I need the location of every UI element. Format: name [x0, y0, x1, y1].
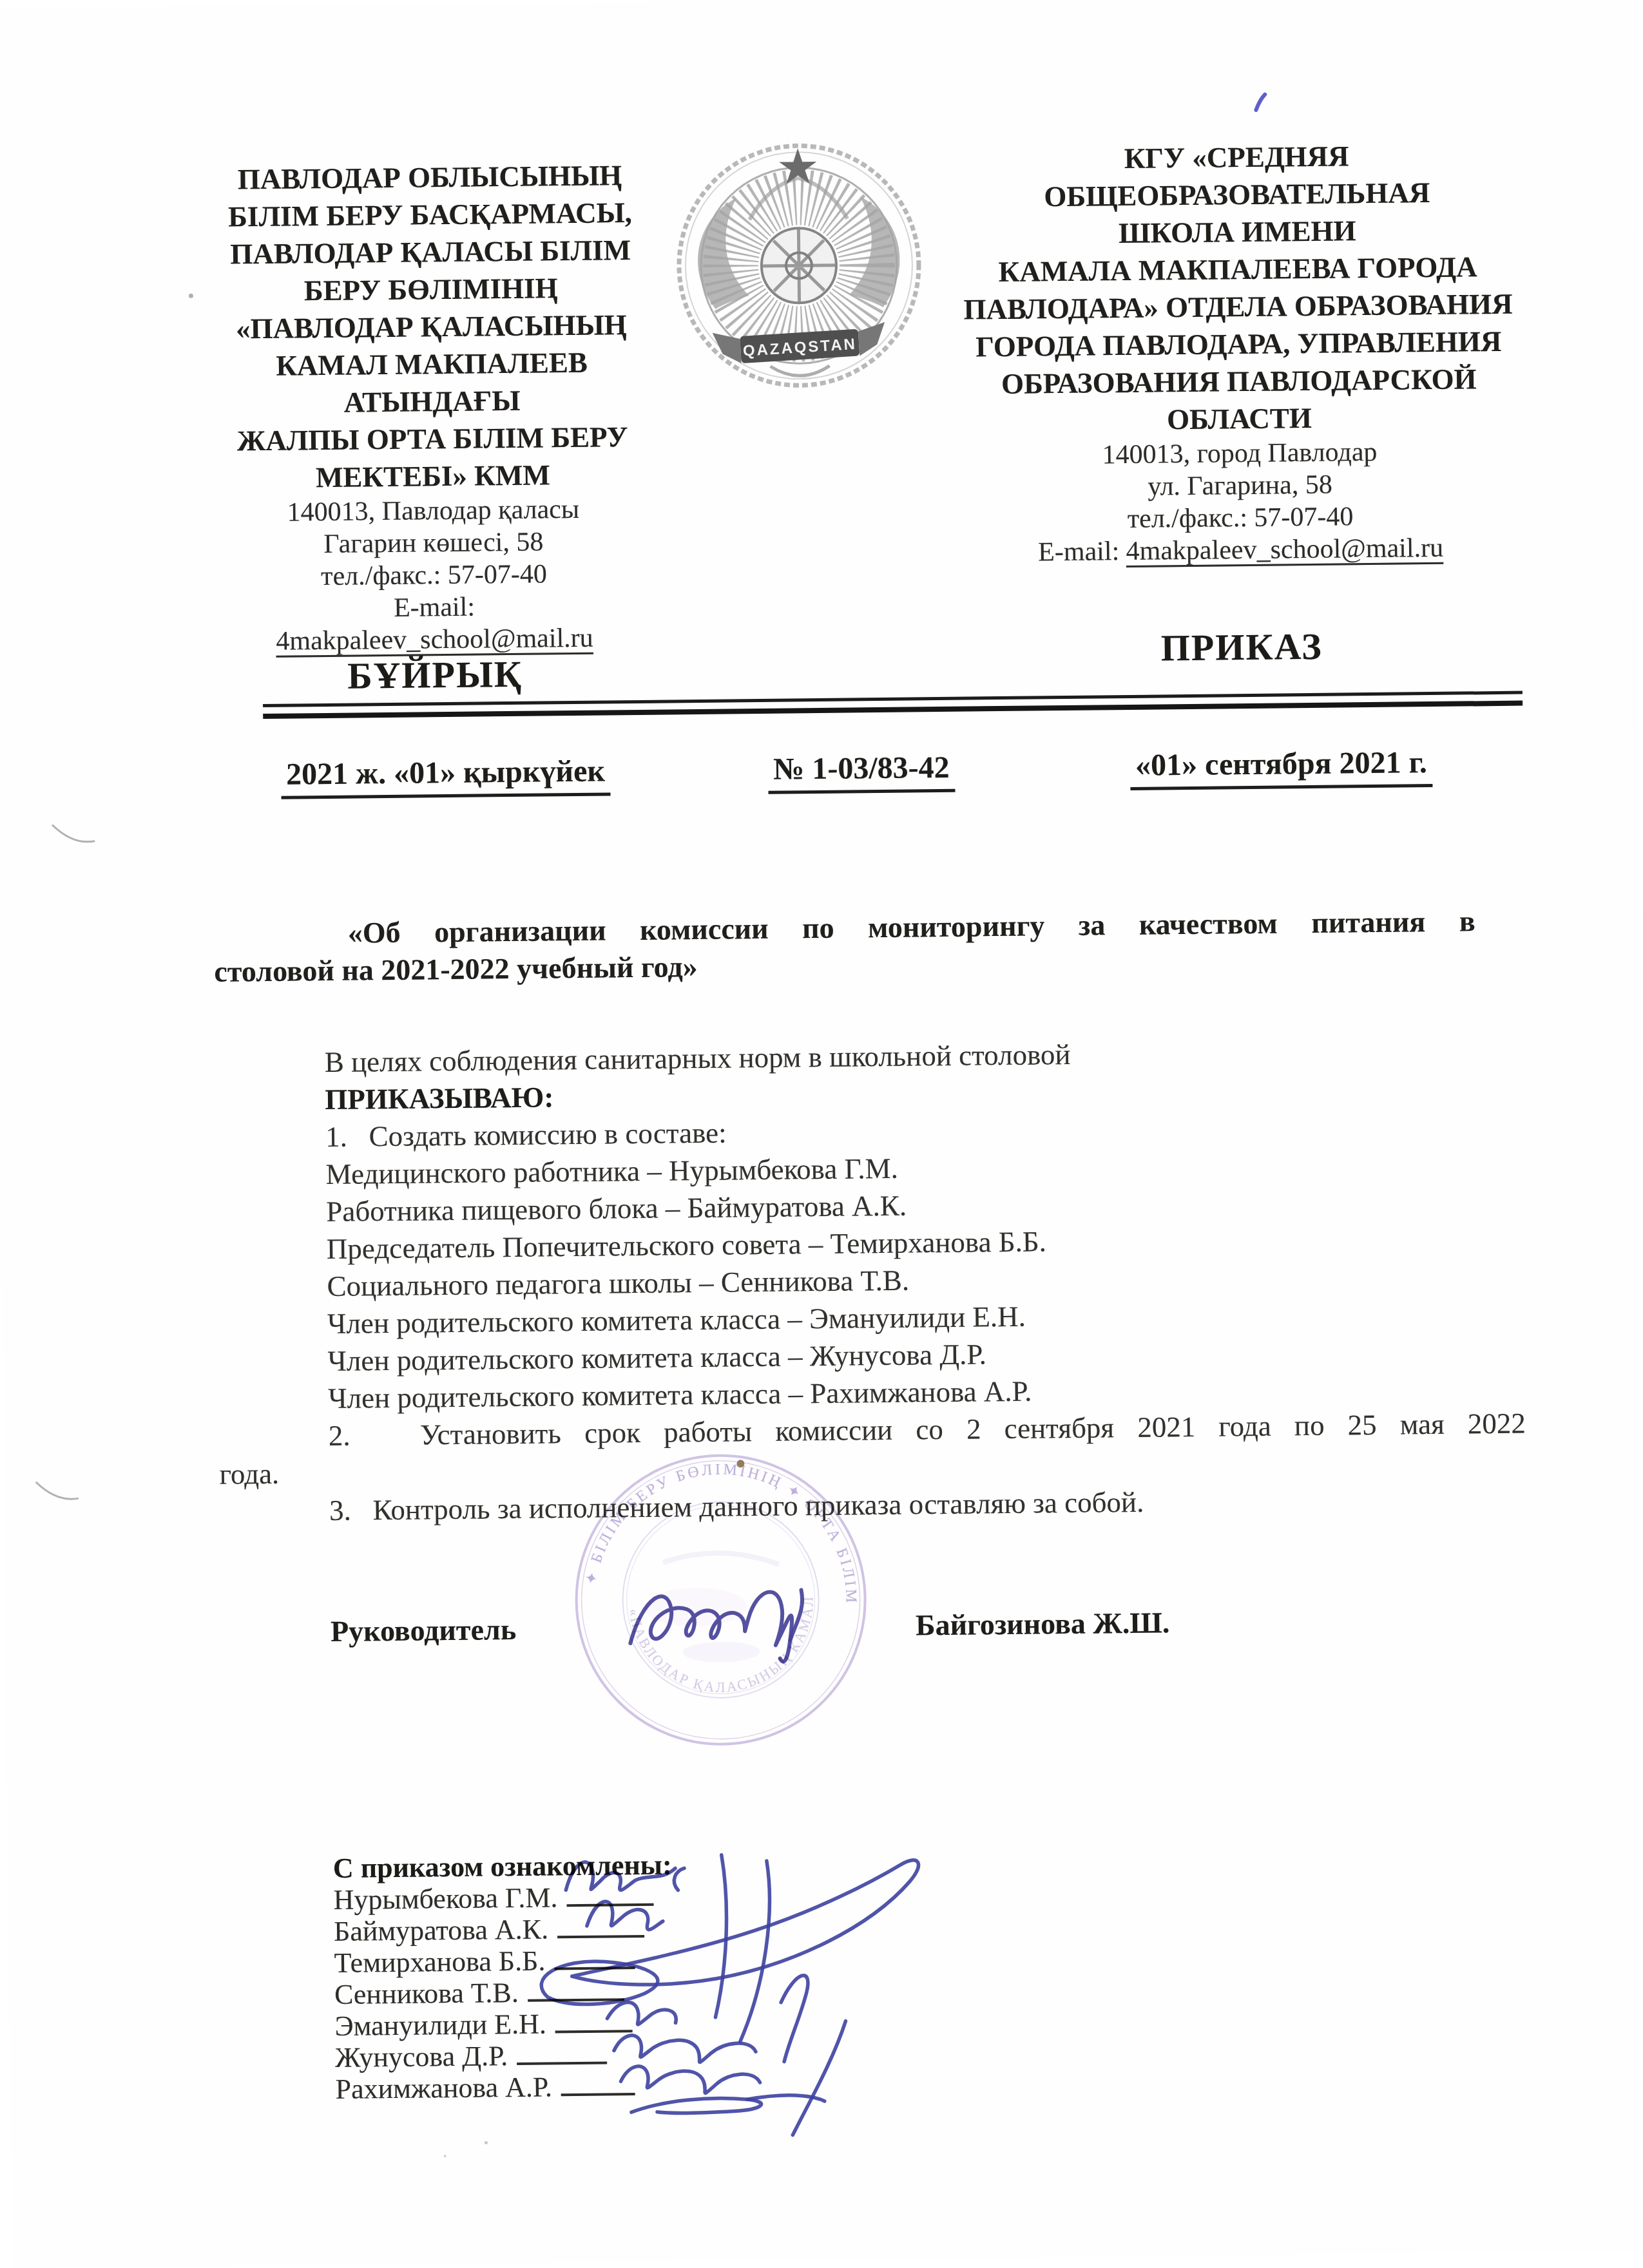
scan-speck: [444, 2155, 447, 2157]
scan-speck: [189, 294, 193, 298]
order-title: «Об организации комиссии по мониторингу …: [213, 902, 1475, 990]
order-number: № 1-03/83-42: [768, 750, 955, 794]
scan-scratch: [36, 1482, 79, 1500]
email-link: 4makpaleev_school@mail.ru: [1126, 533, 1443, 566]
acknowledgement-name: Сенникова Т.В.: [334, 1977, 519, 2010]
signature-row: Руководитель Байгозинова Ж.Ш.: [221, 1602, 1528, 1650]
org-name-line: ПАВЛОДАРА» ОТДЕЛА ОБРАЗОВАНИЯ: [932, 285, 1544, 329]
order-word-kazakh: БҰЙРЫҚ: [207, 651, 662, 699]
address-line: 140013, Павлодар қаласы: [206, 493, 660, 529]
email-label: E-mail:: [207, 589, 661, 626]
org-name-line: «ПАВЛОДАР ҚАЛАСЫНЫҢ: [204, 306, 659, 348]
address-line: Гагарин көшесі, 58: [206, 525, 660, 562]
org-name-line: БІЛІМ БЕРУ БАСҚАРМАСЫ,: [203, 194, 658, 236]
scan-scratch: [52, 824, 95, 843]
org-name-line: КГУ «СРЕДНЯЯ: [930, 135, 1543, 179]
scan-speck: [485, 2141, 488, 2144]
acknowledgement-signatures: [509, 1845, 1008, 2147]
emblem-right-wing: [849, 196, 900, 308]
org-name-line: АТЫНДАҒЫ: [205, 381, 660, 423]
acknowledgement-name: Жунусова Д.Р.: [335, 2040, 508, 2073]
address-line: тел./факс.: 57-07-40: [207, 557, 661, 594]
email-row: E-mail: 4makpaleev_school@mail.ru: [934, 531, 1546, 569]
org-name-line: ОБРАЗОВАНИЯ ПАВЛОДАРСКОЙ: [933, 359, 1546, 403]
director-label: Руководитель: [331, 1613, 517, 1648]
org-name-line: ПАВЛОДАР ОБЛЫСЫНЫҢ: [202, 157, 657, 198]
org-name-line: ШКОЛА ИМЕНИ: [931, 210, 1544, 254]
order-date-kazakh: 2021 ж. «01» қыркүйек: [281, 753, 611, 799]
pen-speck: [1256, 95, 1265, 110]
org-name-line: БЕРУ БӨЛІМІНІҢ: [204, 269, 658, 310]
kazakhstan-emblem: QAZAQSTAN: [671, 140, 927, 407]
org-name-line: КАМАЛА МАКПАЛЕЕВА ГОРОДА: [932, 247, 1544, 291]
org-name-line: ПАВЛОДАР ҚАЛАСЫ БІЛІМ: [203, 231, 658, 273]
org-name-line: ЖАЛПЫ ОРТА БІЛІМ БЕРУ: [205, 418, 660, 460]
letterhead-left: ПАВЛОДАР ОБЛЫСЫНЫҢ БІЛІМ БЕРУ БАСҚАРМАСЫ…: [202, 157, 662, 658]
org-name-line: КАМАЛ МАКПАЛЕЕВ: [204, 343, 659, 385]
letterhead-right: КГУ «СРЕДНЯЯ ОБЩЕОБРАЗОВАТЕЛЬНАЯ ШКОЛА И…: [930, 135, 1547, 569]
scanned-order-page: ПАВЛОДАР ОБЛЫСЫНЫҢ БІЛІМ БЕРУ БАСҚАРМАСЫ…: [0, 0, 1643, 2260]
org-name-line: ОБЛАСТИ: [933, 397, 1546, 441]
org-name-line: ГОРОДА ПАВЛОДАРА, УПРАВЛЕНИЯ: [932, 322, 1545, 366]
order-word-russian: ПРИКАЗ: [936, 622, 1548, 672]
order-date-russian: «01» сентября 2021 г.: [1130, 745, 1432, 790]
org-name-line: ОБЩЕОБРАЗОВАТЕЛЬНАЯ: [931, 173, 1544, 216]
director-name: Байгозинова Ж.Ш.: [916, 1605, 1170, 1642]
org-name-line: МЕКТЕБІ» КММ: [206, 455, 660, 497]
email-label: E-mail:: [1038, 537, 1119, 567]
